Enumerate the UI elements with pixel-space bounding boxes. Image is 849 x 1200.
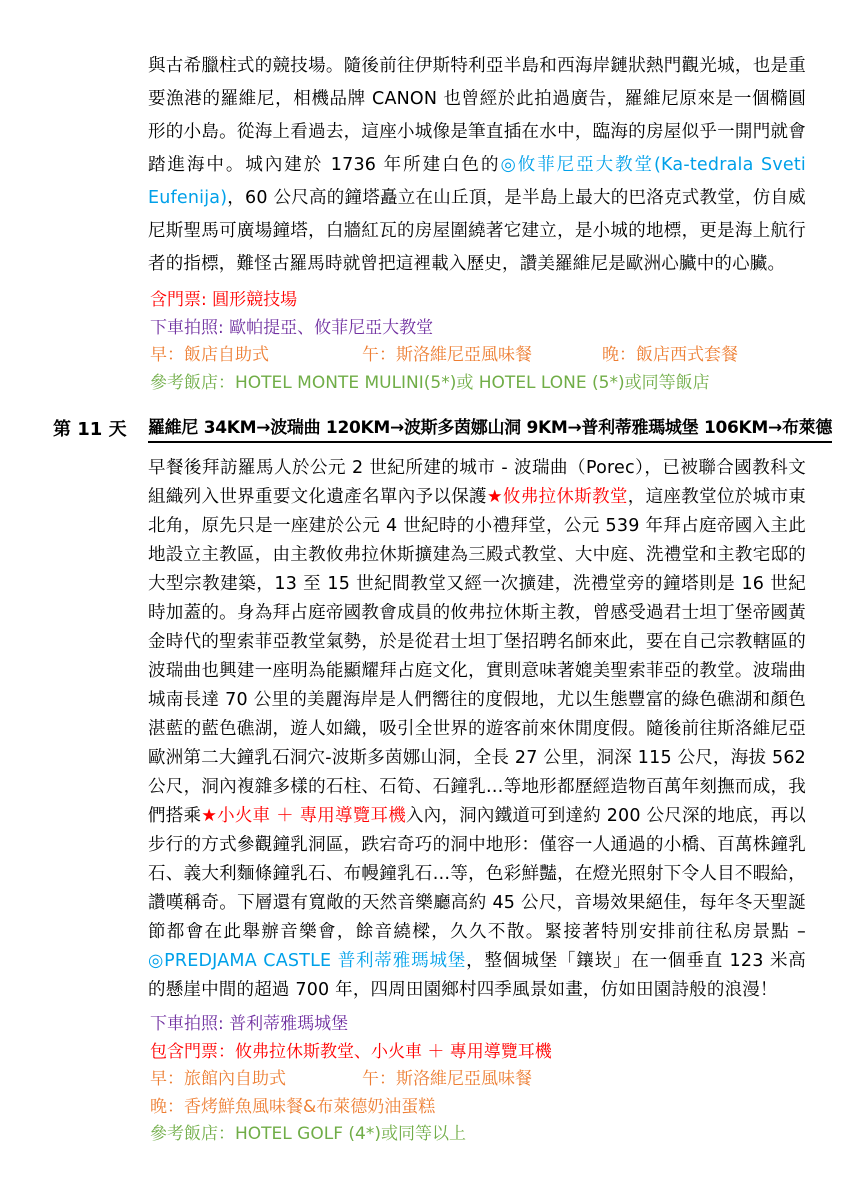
predjama-castle-highlight: ◎PREDJAMA CASTLE 普利蒂雅瑪城堡 — [148, 951, 466, 971]
day-number-label: 第 11 天 — [53, 415, 127, 441]
cave-train-highlight: ★小火車 ＋ 專用導覽耳機 — [201, 806, 406, 826]
meals-line-2: 晚：香烤鮮魚風味餐&布萊德奶油蛋糕 — [150, 1094, 806, 1122]
text-segment: 入內，洞內鐵道可到達約 200 公尺深的地底，再以步行的方式參觀鐘乳洞區，跌宕奇… — [148, 806, 806, 942]
euphrasius-basilica-highlight: ★攸弗拉休斯教堂 — [487, 487, 628, 507]
breakfast-label: 早：飯店自助式 — [150, 342, 362, 370]
text-segment: ，這座教堂位於城市東北角，原先只是一座建於公元 4 世紀時的小禮拜堂，公元 53… — [148, 487, 806, 826]
intro-info-block: 含門票: 圓形競技場 下車拍照: 歐帕提亞、攸菲尼亞大教堂 早：飯店自助式午：斯… — [148, 287, 806, 397]
reference-hotel-line: 參考飯店：HOTEL MONTE MULINI(5*)或 HOTEL LONE … — [150, 370, 806, 398]
photo-stop-line: 下車拍照: 歐帕提亞、攸菲尼亞大教堂 — [150, 315, 806, 343]
itinerary-document-page: 與古希臘柱式的競技場。隨後前往伊斯特利亞半島和西海岸鏈狀熱門觀光城，也是重要漁港… — [0, 0, 849, 1200]
meals-line-1: 早：旅館內自助式午：斯洛維尼亞風味餐 — [150, 1066, 806, 1094]
day11-info-block: 下車拍照: 普利蒂雅瑪城堡 包含門票：攸弗拉休斯教堂、小火車 ＋ 專用導覽耳機 … — [148, 1011, 806, 1149]
lunch-label: 午：斯洛維尼亞風味餐 — [362, 342, 602, 370]
document-content: 與古希臘柱式的競技場。隨後前往伊斯特利亞半島和西海岸鏈狀熱門觀光城，也是重要漁港… — [148, 50, 806, 1149]
day11-paragraph: 早餐後拜訪羅馬人於公元 2 世紀所建的城市 - 波瑞曲（Porec），已被聯合國… — [148, 454, 806, 1005]
day11-header-row: 第 11 天 羅維尼 34KM→波瑞曲 120KM→波斯多茵娜山洞 9KM→普利… — [148, 413, 806, 445]
breakfast-label: 早：旅館內自助式 — [150, 1066, 362, 1094]
dinner-label: 晚：飯店西式套餐 — [602, 345, 738, 365]
text-segment: ，60 公尺高的鐘塔矗立在山丘頂，是半島上最大的巴洛克式教堂，仿自威尼斯聖馬可廣… — [148, 188, 806, 274]
reference-hotel-line: 參考飯店：HOTEL GOLF (4*)或同等以上 — [150, 1121, 806, 1149]
ticket-included-line: 含門票: 圓形競技場 — [150, 287, 806, 315]
ticket-included-line: 包含門票：攸弗拉休斯教堂、小火車 ＋ 專用導覽耳機 — [150, 1039, 806, 1067]
photo-stop-line: 下車拍照: 普利蒂雅瑪城堡 — [150, 1011, 806, 1039]
lunch-label: 午：斯洛維尼亞風味餐 — [362, 1069, 532, 1089]
day-route-title: 羅維尼 34KM→波瑞曲 120KM→波斯多茵娜山洞 9KM→普利蒂雅瑪城堡 1… — [148, 413, 832, 443]
meals-line: 早：飯店自助式午：斯洛維尼亞風味餐晚：飯店西式套餐 — [150, 342, 806, 370]
intro-paragraph: 與古希臘柱式的競技場。隨後前往伊斯特利亞半島和西海岸鏈狀熱門觀光城，也是重要漁港… — [148, 50, 806, 281]
